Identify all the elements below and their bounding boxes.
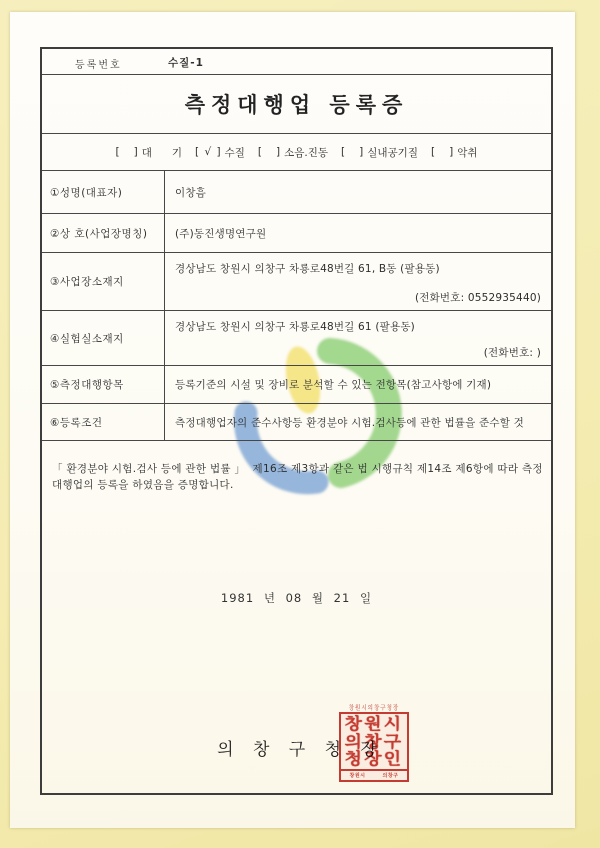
row-value: 경상남도 창원시 의창구 차룡로48번길 61 (팔용동): [175, 319, 541, 334]
category-checkbox-row: [ ] 대 기 [ √ ] 수질 [ ] 소음.진동 [ ] 실내공기질 [ ]…: [42, 134, 551, 171]
checkbox-noise-vibration: [ ] 소음.진동: [258, 145, 328, 160]
seal-script-row: 의창구: [337, 734, 411, 750]
checkbox-label: 실내공기질: [367, 145, 418, 160]
certification-statement: 「 환경분야 시험.검사 등에 관한 법률 」 제16조 제3항과 같은 법 시…: [52, 461, 543, 494]
row-value: 이창흠: [175, 185, 541, 200]
title-row: 측정대행업 등록증: [42, 75, 551, 134]
seal-script-grid: 창원시 의창구 청장인: [341, 714, 407, 769]
row-phone: (전화번호: 0552935440): [175, 290, 541, 305]
checkbox-bracket: [ ]: [116, 146, 139, 158]
table-row-business-address: ③사업장소재지 경상남도 창원시 의창구 차룡로48번길 61, B동 (팔용동…: [42, 253, 551, 311]
seal-footer-mark: 의창구: [383, 772, 399, 779]
checkbox-bracket-checked: [ √ ]: [195, 146, 222, 158]
table-row-name: ①성명(대표자) 이창흠: [42, 171, 551, 214]
row-value: (주)동진생명연구원: [175, 226, 541, 241]
seal-footer-strip: 창원시 의창구: [341, 769, 407, 780]
issuer-title: 의 창 구 청 장: [46, 735, 555, 760]
issue-date: 1981 년 08 월 21 일: [42, 590, 551, 606]
row-label: ①성명(대표자): [42, 171, 165, 213]
row-label: ④실험실소재지: [42, 311, 165, 365]
table-row-lab-address: ④실험실소재지 경상남도 창원시 의창구 차룡로48번길 61 (팔용동) (전…: [42, 311, 551, 366]
table-row-company: ②상 호(사업장명칭) (주)동진생명연구원: [42, 214, 551, 253]
row-label: ⑥등록조건: [42, 404, 165, 440]
checkbox-label: 대 기: [142, 145, 182, 160]
registration-number-row: 등록번호 수질-1: [42, 49, 551, 75]
registration-number-value: 수질-1: [168, 55, 204, 70]
checkbox-bracket: [ ]: [341, 146, 364, 158]
row-label: ⑤측정대행항목: [42, 366, 165, 403]
checkbox-indoor-air: [ ] 실내공기질: [341, 145, 418, 160]
row-label: ②상 호(사업장명칭): [42, 214, 165, 252]
row-label: ③사업장소재지: [42, 253, 165, 310]
checkbox-bracket: [ ]: [258, 146, 281, 158]
certificate-page: 등록번호 수질-1 측정대행업 등록증 [ ] 대 기 [ √ ] 수질 [ ]…: [0, 0, 600, 848]
registration-number-label: 등록번호: [75, 56, 122, 71]
official-seal: 창원시의창구청장 창원시 의창구 청장인 창원시 의창구: [338, 703, 410, 782]
seal-footer-mark: 창원시: [350, 772, 366, 779]
checkbox-water-checked: [ √ ] 수질: [195, 145, 245, 160]
seal-stamp-box: 창원시 의창구 청장인 창원시 의창구: [339, 712, 409, 782]
certificate-frame: 등록번호 수질-1 측정대행업 등록증 [ ] 대 기 [ √ ] 수질 [ ]…: [40, 47, 553, 795]
checkbox-odor: [ ] 악취: [431, 145, 478, 160]
seal-script-row: 창원시: [337, 716, 411, 732]
checkbox-bracket: [ ]: [431, 146, 454, 158]
checkbox-label: 수질: [225, 145, 245, 160]
row-value: 등록기준의 시설 및 장비로 분석할 수 있는 전항목(참고사항에 기재): [175, 377, 541, 392]
table-row-measurement-items: ⑤측정대행항목 등록기준의 시설 및 장비로 분석할 수 있는 전항목(참고사항…: [42, 366, 551, 404]
seal-top-text: 창원시의창구청장: [338, 702, 410, 711]
row-phone: (전화번호: ): [175, 345, 541, 360]
checkbox-label: 악취: [457, 145, 477, 160]
checkbox-label: 소음.진동: [284, 145, 328, 160]
table-row-registration-condition: ⑥등록조건 측정대행업자의 준수사항등 환경분야 시험.검사등에 관한 법률을 …: [42, 404, 551, 441]
checkbox-air: [ ] 대 기: [116, 145, 183, 160]
seal-script-row: 청장인: [337, 751, 411, 767]
certificate-title: 측정대행업 등록증: [185, 89, 409, 119]
row-value: 경상남도 창원시 의창구 차룡로48번길 61, B동 (팔용동): [175, 261, 541, 276]
row-value: 측정대행업자의 준수사항등 환경분야 시험.검사등에 관한 법률을 준수할 것: [175, 415, 541, 430]
